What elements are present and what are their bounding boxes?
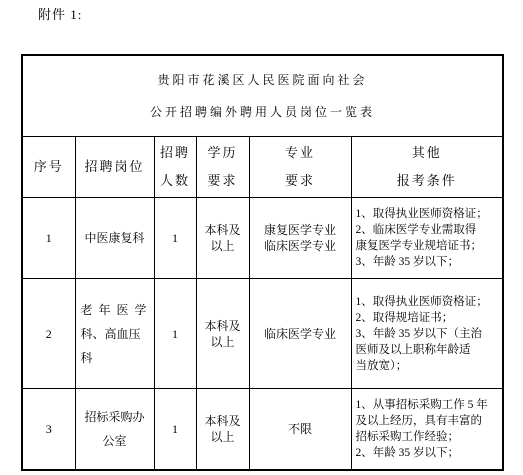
position-cell: 中医康复科 [75, 198, 154, 279]
header-major: 专业 要求 [249, 137, 351, 198]
position-cell: 招标采购办 公室 [75, 389, 154, 471]
table-title-line1: 贵阳市花溪区人民医院面向社会 [23, 72, 502, 88]
header-position: 招聘岗位 [75, 137, 154, 198]
header-headcount: 招聘 人数 [154, 137, 196, 198]
conditions-cell: 1、取得执业医师资格证； 2、取得规培证书； 3、年龄 35 岁以下（主治 医师… [351, 279, 503, 389]
document-page: 附件 1: 贵阳市花溪区人民医院面向社会 公开招聘编外聘用人员岗位一览表 序号 … [0, 0, 523, 475]
education-cell: 本科及 以上 [196, 389, 249, 471]
conditions-cell: 1、取得执业医师资格证； 2、临床医学专业需取得 康复医学专业规培证书； 3、年… [351, 198, 503, 279]
education-cell: 本科及 以上 [196, 198, 249, 279]
header-other-conditions: 其他 报考条件 [351, 137, 503, 198]
headcount-cell: 1 [154, 198, 196, 279]
table-title-row: 贵阳市花溪区人民医院面向社会 公开招聘编外聘用人员岗位一览表 [22, 55, 503, 137]
education-cell: 本科及 以上 [196, 279, 249, 389]
conditions-cell: 1、从事招标采购工作 5 年 及以上经历，具有丰富的 招标采购工作经验； 2、年… [351, 389, 503, 471]
headcount-cell: 1 [154, 279, 196, 389]
header-education: 学历 要求 [196, 137, 249, 198]
attachment-label: 附件 1: [38, 4, 82, 23]
headcount-cell: 1 [154, 389, 196, 471]
serial-number-cell: 1 [22, 198, 75, 279]
recruitment-table: 贵阳市花溪区人民医院面向社会 公开招聘编外聘用人员岗位一览表 序号 招聘岗位 招… [21, 54, 504, 471]
serial-number-cell: 3 [22, 389, 75, 471]
major-cell: 临床医学专业 [249, 279, 351, 389]
serial-number-cell: 2 [22, 279, 75, 389]
major-cell: 康复医学专业 临床医学专业 [249, 198, 351, 279]
major-cell: 不限 [249, 389, 351, 471]
table-row: 1 中医康复科 1 本科及 以上 康复医学专业 临床医学专业 1、取得执业医师资… [22, 198, 503, 279]
header-serial-number: 序号 [22, 137, 75, 198]
table-header-row: 序号 招聘岗位 招聘 人数 学历 要求 专业 要求 其他 报考条件 [22, 137, 503, 198]
table-row: 3 招标采购办 公室 1 本科及 以上 不限 1、从事招标采购工作 5 年 及以… [22, 389, 503, 471]
position-cell: 老 年 医 学 科、高血压 科 [75, 279, 154, 389]
table-title: 贵阳市花溪区人民医院面向社会 公开招聘编外聘用人员岗位一览表 [22, 55, 503, 137]
table-title-line2: 公开招聘编外聘用人员岗位一览表 [23, 104, 502, 120]
table-row: 2 老 年 医 学 科、高血压 科 1 本科及 以上 临床医学专业 1、取得执业… [22, 279, 503, 389]
